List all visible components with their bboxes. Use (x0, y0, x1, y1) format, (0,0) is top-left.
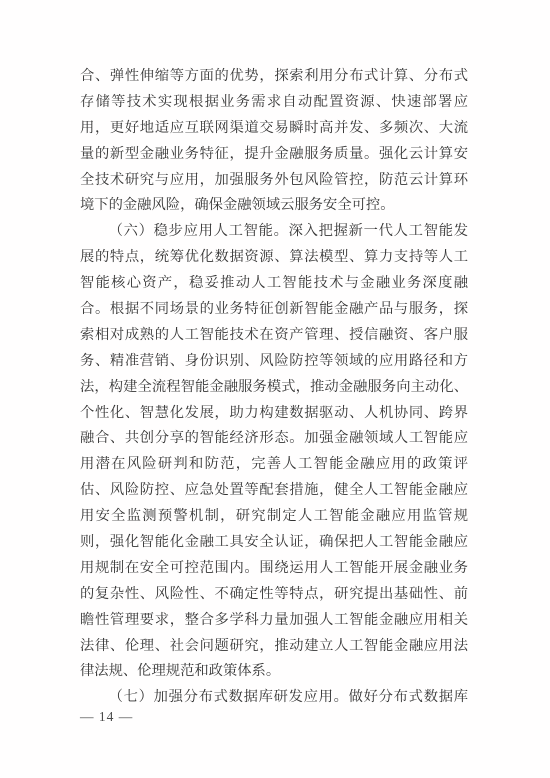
text-block: 合、弹性伸缩等方面的优势，探索利用分布式计算、分布式存储等技术实现根据业务需求自… (80, 64, 468, 711)
text-line: 务、精准营销、身份识别、风险防控等领域的应用路径和方 (80, 349, 468, 375)
text-line: 量的新型金融业务特征，提升金融服务质量。强化云计算安 (80, 142, 468, 168)
text-line: 的复杂性、风险性、不确定性等特点，研究提出基础性、前 (80, 582, 468, 608)
text-line: 估、风险防控、应急处置等配套措施，健全人工智能金融应 (80, 478, 468, 504)
text-line: 展的特点，统筹优化数据资源、算法模型、算力支持等人工 (80, 245, 468, 271)
text-line: 存储等技术实现根据业务需求自动配置资源、快速部署应 (80, 90, 468, 116)
text-line: 合。根据不同场景的业务特征创新智能金融产品与服务，探 (80, 297, 468, 323)
text-line: 索相对成熟的人工智能技术在资产管理、授信融资、客户服 (80, 323, 468, 349)
text-line: 律法规、伦理规范和政策体系。 (80, 659, 468, 685)
text-line: 瞻性管理要求，整合多学科力量加强人工智能金融应用相关 (80, 608, 468, 634)
text-line: 用潜在风险研判和防范，完善人工智能金融应用的政策评 (80, 452, 468, 478)
text-line: 则，强化智能化金融工具安全认证，确保把人工智能金融应 (80, 530, 468, 556)
text-line: 个性化、智慧化发展，助力构建数据驱动、人机协同、跨界 (80, 401, 468, 427)
text-line: 境下的金融风险，确保金融领域云服务安全可控。 (80, 193, 468, 219)
text-line: 合、弹性伸缩等方面的优势，探索利用分布式计算、分布式 (80, 64, 468, 90)
text-line: 用，更好地适应互联网渠道交易瞬时高并发、多频次、大流 (80, 116, 468, 142)
text-line: 智能核心资产，稳妥推动人工智能技术与金融业务深度融 (80, 271, 468, 297)
text-line: 融合、共创分享的智能经济形态。加强金融领域人工智能应 (80, 426, 468, 452)
text-line: 全技术研究与应用，加强服务外包风险管控，防范云计算环 (80, 168, 468, 194)
page-number: — 14 — (80, 708, 133, 726)
text-line: （六）稳步应用人工智能。深入把握新一代人工智能发 (80, 219, 468, 245)
text-line: 用规制在安全可控范围内。围绕运用人工智能开展金融业务 (80, 556, 468, 582)
text-line: （七）加强分布式数据库研发应用。做好分布式数据库 (80, 685, 468, 711)
text-line: 法律、伦理、社会问题研究，推动建立人工智能金融应用法 (80, 634, 468, 660)
text-line: 法，构建全流程智能金融服务模式，推动金融服务向主动化、 (80, 375, 468, 401)
document-page: 合、弹性伸缩等方面的优势，探索利用分布式计算、分布式存储等技术实现根据业务需求自… (0, 0, 550, 778)
text-line: 用安全监测预警机制，研究制定人工智能金融应用监管规 (80, 504, 468, 530)
